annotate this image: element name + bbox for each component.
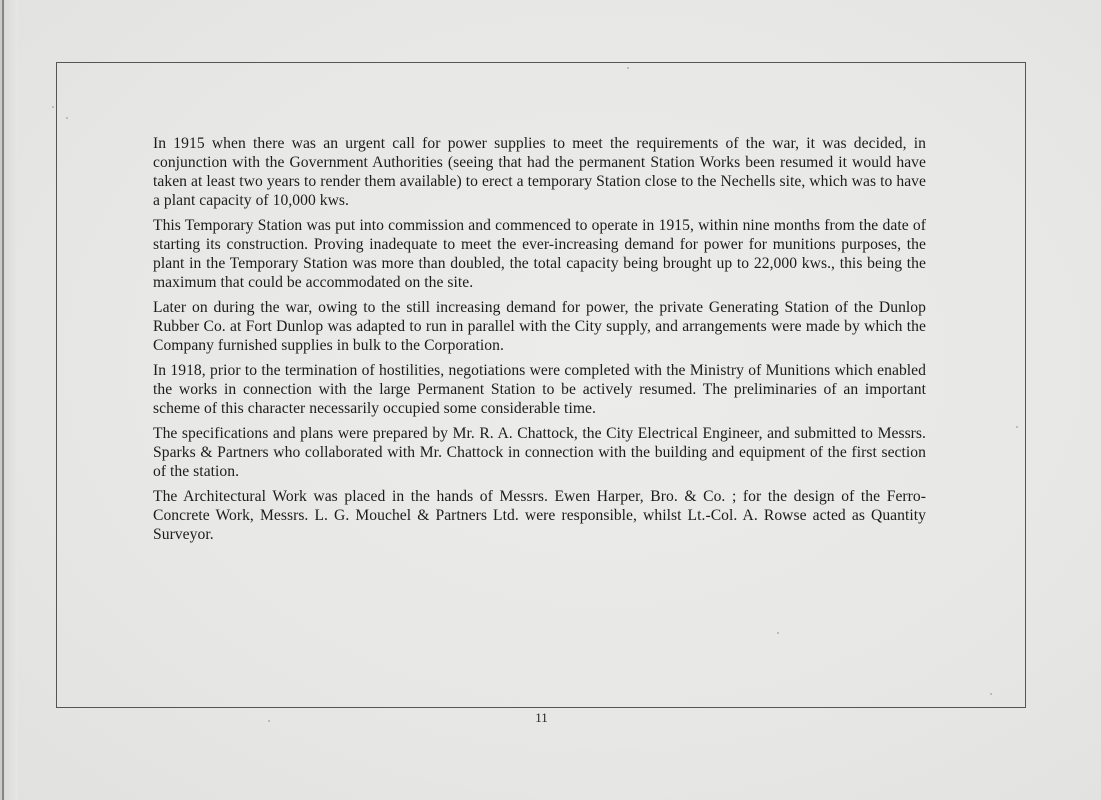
paragraph-3: Later on during the war, owing to the st…: [153, 298, 926, 355]
paragraph-6: The Architectural Work was placed in the…: [153, 487, 926, 544]
paragraph-2: This Temporary Station was put into comm…: [153, 216, 926, 292]
paragraph-5: The specifications and plans were prepar…: [153, 424, 926, 481]
page-number: 11: [535, 710, 548, 726]
paper-speck: [990, 693, 992, 695]
scanned-page: In 1915 when there was an urgent call fo…: [0, 0, 1101, 800]
paper-speck: [66, 117, 68, 119]
paper-speck: [627, 67, 629, 69]
paragraph-1: In 1915 when there was an urgent call fo…: [153, 134, 926, 210]
paper-speck: [52, 106, 54, 108]
paragraph-4: In 1918, prior to the termination of hos…: [153, 361, 926, 418]
binding-line: [2, 0, 4, 800]
body-text: In 1915 when there was an urgent call fo…: [153, 134, 926, 550]
paper-speck: [777, 632, 779, 634]
page-number-container: 11: [0, 710, 1101, 726]
paper-speck: [268, 720, 270, 722]
paper-speck: [1016, 426, 1018, 428]
